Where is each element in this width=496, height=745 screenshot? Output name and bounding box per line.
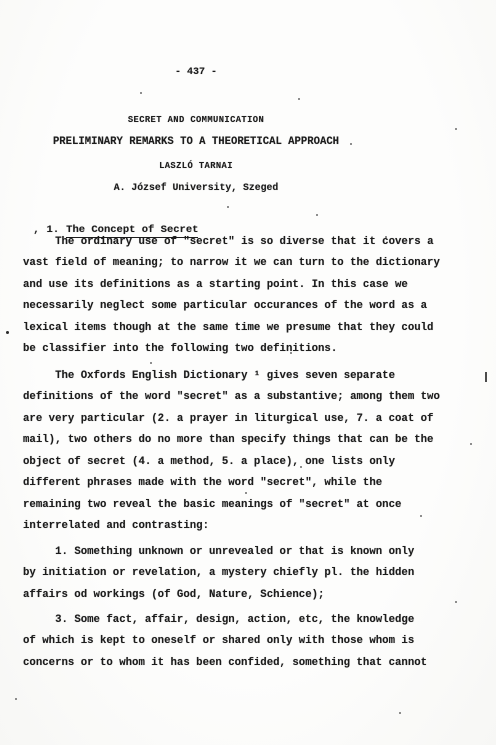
scan-speck [455, 601, 457, 603]
paper-subtitle: PRELIMINARY REMARKS TO A THEORETICAL APP… [0, 137, 392, 149]
page-number: - 437 - [0, 67, 392, 78]
scan-speck [300, 466, 302, 468]
author-affiliation: A. József University, Szeged [0, 183, 392, 194]
scan-speck [227, 206, 229, 208]
stray-period-mark [6, 331, 9, 334]
author-name: LASZLÓ TARNAI [0, 162, 392, 172]
scan-speck [290, 352, 292, 354]
scan-speck [140, 92, 142, 94]
scan-speck [455, 128, 457, 130]
scan-speck [350, 143, 352, 145]
paragraph-concept-intro: The ordinary use of "secret" is so diver… [23, 232, 459, 361]
scan-speck [15, 698, 17, 700]
scan-speck [298, 98, 300, 100]
scan-speck [420, 515, 422, 517]
scan-speck [316, 214, 318, 216]
scanned-page: - 437 - SECRET AND COMMUNICATION PRELIMI… [0, 0, 496, 745]
paragraph-definition-3: 3. Some fact, affair, design, action, et… [23, 610, 459, 674]
paper-title: SECRET AND COMMUNICATION [0, 116, 392, 126]
paragraph-definition-1: 1. Something unknown or unrevealed or th… [23, 542, 459, 606]
paragraph-oed-definitions: The Oxfords English Dictionary ¹ gives s… [23, 366, 459, 538]
scan-speck [399, 712, 401, 714]
scan-speck [470, 443, 472, 445]
scan-speck [150, 362, 152, 364]
margin-tick-mark [485, 372, 487, 382]
scan-speck [245, 492, 247, 494]
scan-speck [385, 236, 387, 238]
